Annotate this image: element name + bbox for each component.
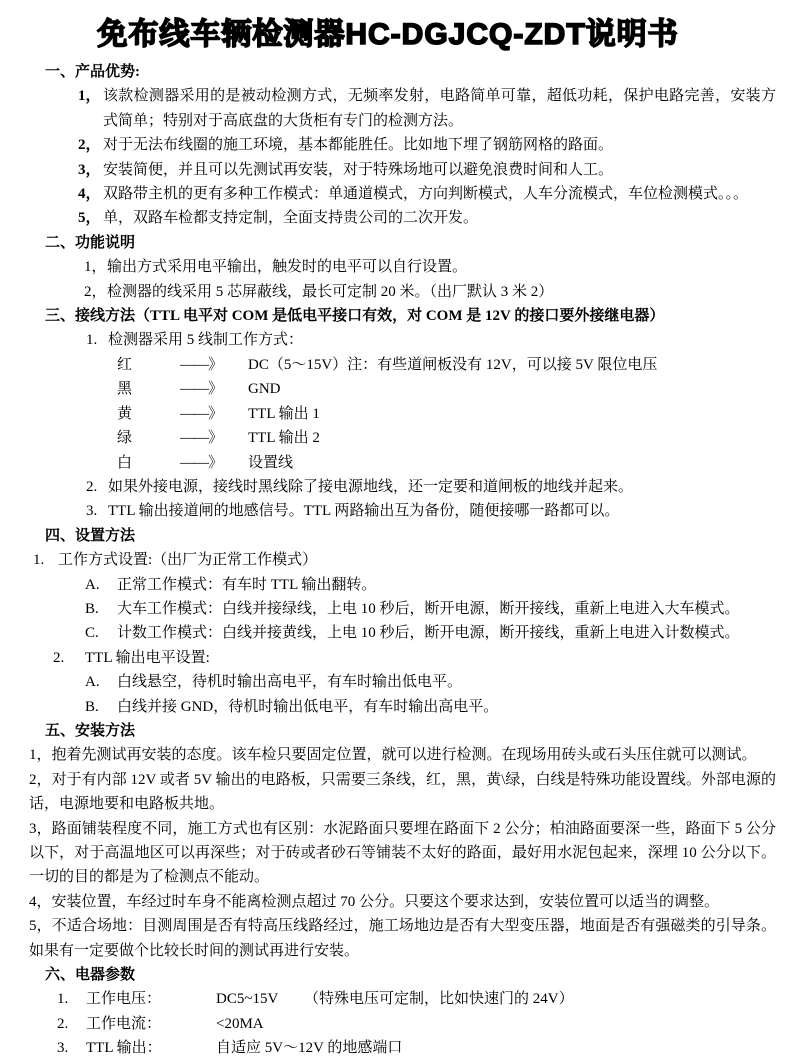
wire-description: 设置线 xyxy=(248,451,776,475)
item-letter: A. xyxy=(85,670,117,694)
list-item: 1. 工作方式设置:（出厂为正常工作模式） xyxy=(33,548,776,572)
list-item: 2. 如果外接电源，接线时黑线除了接电源地线，还一定要和道闸板的地线并起来。 xyxy=(86,475,776,499)
list-item: 1， 输出方式采用电平输出，触发时的电平可以自行设置。 xyxy=(84,255,776,279)
parameter-row: 2. 工作电流： <20MA xyxy=(57,1012,776,1036)
sub-list-item: A. 白线悬空，待机时输出高电平，有车时输出低电平。 xyxy=(85,670,776,694)
manual-page: 免布线车辆检测器HC-DGJCQ-ZDT说明书 一、产品优势: 1， 该款检测器… xyxy=(0,0,800,1064)
paragraph: 5，不适合场地：目测周围是否有特高压线路经过，施工场地边是否有大型变压器，地面是… xyxy=(29,914,776,963)
wire-row-green: 绿 ——》 TTL 输出 2 xyxy=(117,426,776,450)
parameter-note: （特殊电压可定制，比如快速门的 24V） xyxy=(304,987,776,1011)
item-text: TTL 输出接道闸的地感信号。TTL 两路输出互为备份，随便接哪一路都可以。 xyxy=(108,499,776,523)
parameter-note xyxy=(402,1036,776,1060)
section-heading-product-advantages: 一、产品优势: xyxy=(45,60,776,84)
section-heading-functions: 二、功能说明 xyxy=(45,231,776,255)
wire-row-yellow: 黄 ——》 TTL 输出 1 xyxy=(117,402,776,426)
item-number: 1， xyxy=(78,84,103,133)
section-heading-settings: 四、设置方法 xyxy=(45,524,776,548)
item-text: 检测器采用 5 线制工作方式： xyxy=(108,328,776,352)
list-item: 3， 安装简便，并且可以先测试再安装，对于特殊场地可以避免浪费时间和人工。 xyxy=(78,158,776,182)
item-number: 3. xyxy=(57,1036,86,1060)
arrow-icon: ——》 xyxy=(180,353,248,377)
item-letter: B. xyxy=(85,695,117,719)
item-number: 5， xyxy=(78,206,103,230)
section-heading-electrical-parameters: 六、电器参数 xyxy=(45,963,776,987)
list-item: 4， 双路带主机的更有多种工作模式：单通道模式，方向判断模式，人车分流模式，车位… xyxy=(78,182,776,206)
item-letter: C. xyxy=(85,621,117,645)
item-text: 检测器的线采用 5 芯屏蔽线，最长可定制 20 米。（出厂默认 3 米 2） xyxy=(107,280,776,304)
section-heading-wiring: 三、接线方法（TTL 电平对 COM 是低电平接口有效，对 COM 是 12V … xyxy=(45,304,776,328)
sub-list-item: B. 大车工作模式：白线并接绿线，上电 10 秒后，断开电源，断开接线，重新上电… xyxy=(85,597,776,621)
item-number: 3. xyxy=(86,499,108,523)
item-text: 大车工作模式：白线并接绿线，上电 10 秒后，断开电源，断开接线，重新上电进入大… xyxy=(117,597,776,621)
wire-row-black: 黑 ——》 GND xyxy=(117,377,776,401)
parameter-row: 3. TTL 输出： 自适应 5V～12V 的地感端口 xyxy=(57,1036,776,1060)
parameter-value: 自适应 5V～12V 的地感端口 xyxy=(216,1036,402,1060)
list-item: 2， 检测器的线采用 5 芯屏蔽线，最长可定制 20 米。（出厂默认 3 米 2… xyxy=(84,280,776,304)
item-number: 4， xyxy=(78,182,103,206)
parameter-value: DC5~15V xyxy=(216,987,304,1011)
list-item: 2. TTL 输出电平设置: xyxy=(53,646,776,670)
item-number: 2， xyxy=(84,280,107,304)
parameter-label: TTL 输出： xyxy=(86,1036,216,1060)
sub-list-item: A. 正常工作模式：有车时 TTL 输出翻转。 xyxy=(85,573,776,597)
wire-description: GND xyxy=(248,377,776,401)
list-item: 1， 该款检测器采用的是被动检测方式，无频率发射，电路简单可靠，超低功耗，保护电… xyxy=(78,84,776,133)
item-number: 1. xyxy=(86,328,108,352)
paragraph: 3，路面铺装程度不同，施工方式也有区别：水泥路面只要埋在路面下 2 公分；柏油路… xyxy=(29,817,776,890)
wire-row-white: 白 ——》 设置线 xyxy=(117,451,776,475)
item-text: 白线并接 GND，待机时输出低电平，有车时输出高电平。 xyxy=(117,695,776,719)
wire-color-label: 白 xyxy=(117,451,180,475)
item-text: 正常工作模式：有车时 TTL 输出翻转。 xyxy=(117,573,776,597)
parameter-row: 1. 工作电压： DC5~15V （特殊电压可定制，比如快速门的 24V） xyxy=(57,987,776,1011)
parameter-note xyxy=(304,1012,776,1036)
item-text: 安装简便，并且可以先测试再安装，对于特殊场地可以避免浪费时间和人工。 xyxy=(103,158,776,182)
item-text: 该款检测器采用的是被动检测方式，无频率发射，电路简单可靠，超低功耗，保护电路完善… xyxy=(103,84,776,133)
arrow-icon: ——》 xyxy=(180,377,248,401)
wire-color-label: 黄 xyxy=(117,402,180,426)
wire-color-label: 黑 xyxy=(117,377,180,401)
item-text: 工作方式设置:（出厂为正常工作模式） xyxy=(58,548,776,572)
section-heading-installation: 五、安装方法 xyxy=(45,719,776,743)
paragraph: 2，对于有内部 12V 或者 5V 输出的电路板，只需要三条线，红，黑，黄\绿，… xyxy=(29,768,776,817)
item-number: 1. xyxy=(57,987,86,1011)
paragraph: 4，安装位置，车经过时车身不能离检测点超过 70 公分。只要这个要求达到，安装位… xyxy=(29,890,776,914)
list-item: 2， 对于无法布线圈的施工环境，基本都能胜任。比如地下埋了钢筋网格的路面。 xyxy=(78,133,776,157)
parameter-label: 工作电压： xyxy=(86,987,216,1011)
item-number: 2， xyxy=(78,133,103,157)
list-item: 5， 单，双路车检都支持定制，全面支持贵公司的二次开发。 xyxy=(78,206,776,230)
wire-color-label: 绿 xyxy=(117,426,180,450)
page-title: 免布线车辆检测器HC-DGJCQ-ZDT说明书 xyxy=(0,12,776,58)
wire-description: TTL 输出 1 xyxy=(248,402,776,426)
item-text: 输出方式采用电平输出，触发时的电平可以自行设置。 xyxy=(107,255,776,279)
item-number: 1， xyxy=(84,255,107,279)
item-number: 3， xyxy=(78,158,103,182)
item-text: 单，双路车检都支持定制，全面支持贵公司的二次开发。 xyxy=(103,206,776,230)
item-text: 双路带主机的更有多种工作模式：单通道模式，方向判断模式，人车分流模式，车位检测模… xyxy=(103,182,776,206)
item-number: 2. xyxy=(53,646,85,670)
list-item: 3. TTL 输出接道闸的地感信号。TTL 两路输出互为备份，随便接哪一路都可以… xyxy=(86,499,776,523)
arrow-icon: ——》 xyxy=(180,451,248,475)
sub-list-item: B. 白线并接 GND，待机时输出低电平，有车时输出高电平。 xyxy=(85,695,776,719)
item-text: 对于无法布线圈的施工环境，基本都能胜任。比如地下埋了钢筋网格的路面。 xyxy=(103,133,776,157)
item-number: 2. xyxy=(57,1012,86,1036)
wire-description: TTL 输出 2 xyxy=(248,426,776,450)
item-number: 1. xyxy=(33,548,58,572)
sub-list-item: C. 计数工作模式：白线并接黄线，上电 10 秒后，断开电源，断开接线，重新上电… xyxy=(85,621,776,645)
item-letter: B. xyxy=(85,597,117,621)
paragraph: 1，抱着先测试再安装的态度。该车检只要固定位置，就可以进行检测。在现场用砖头或石… xyxy=(29,743,776,767)
parameter-value: <20MA xyxy=(216,1012,304,1036)
list-item: 1. 检测器采用 5 线制工作方式： xyxy=(86,328,776,352)
arrow-icon: ——》 xyxy=(180,402,248,426)
item-text: 如果外接电源，接线时黑线除了接电源地线，还一定要和道闸板的地线并起来。 xyxy=(108,475,776,499)
wire-color-label: 红 xyxy=(117,353,180,377)
arrow-icon: ——》 xyxy=(180,426,248,450)
item-letter: A. xyxy=(85,573,117,597)
item-text: 计数工作模式：白线并接黄线，上电 10 秒后，断开电源，断开接线，重新上电进入计… xyxy=(117,621,776,645)
item-text: 白线悬空，待机时输出高电平，有车时输出低电平。 xyxy=(117,670,776,694)
item-number: 2. xyxy=(86,475,108,499)
item-text: TTL 输出电平设置: xyxy=(85,646,776,670)
parameter-label: 工作电流： xyxy=(86,1012,216,1036)
wire-description: DC（5～15V）注：有些道闸板没有 12V，可以接 5V 限位电压 xyxy=(248,353,776,377)
wire-row-red: 红 ——》 DC（5～15V）注：有些道闸板没有 12V，可以接 5V 限位电压 xyxy=(117,353,776,377)
